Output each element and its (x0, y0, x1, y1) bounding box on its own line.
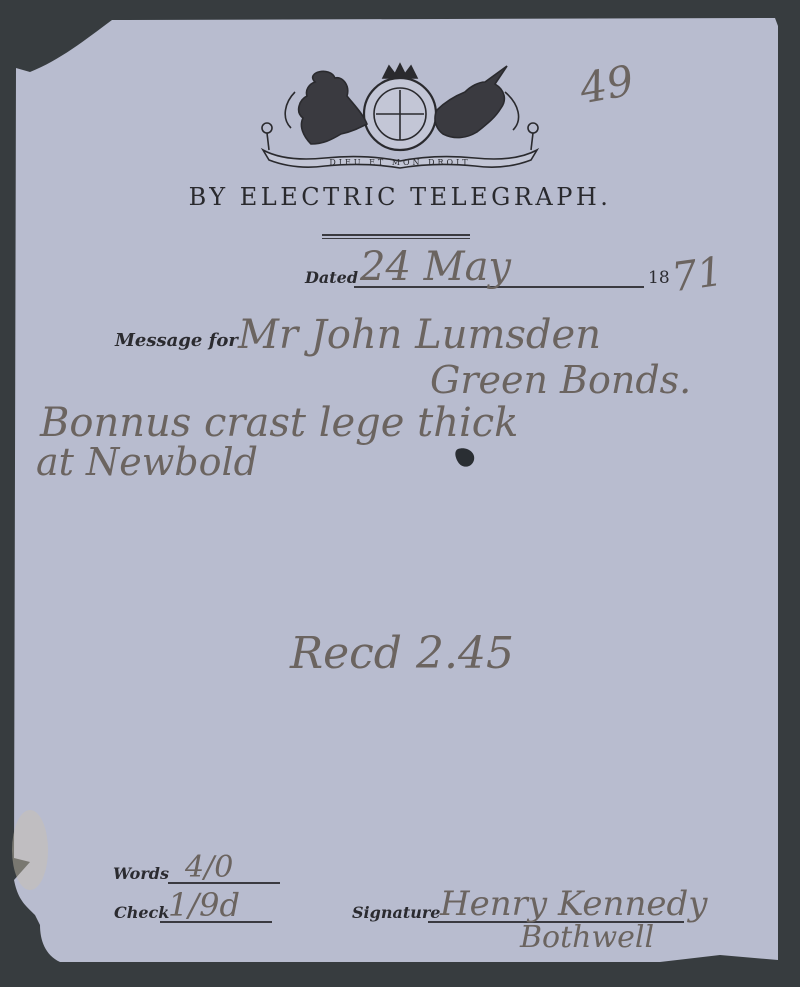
dated-value[interactable]: 24 May (360, 244, 511, 290)
received-time[interactable]: Recd 2.45 (290, 628, 514, 679)
signature-place[interactable]: Bothwell (520, 920, 654, 955)
recipient-name[interactable]: Mr John Lumsden (238, 312, 601, 358)
year-prefix: 18 (648, 268, 670, 288)
recipient-address[interactable]: Green Bonds. (430, 358, 691, 402)
check-label: Check (114, 903, 169, 922)
signature-name[interactable]: Henry Kennedy (440, 884, 707, 924)
form-heading: BY ELECTRIC TELEGRAPH. (0, 183, 800, 211)
svg-text:DIEU ET MON DROIT: DIEU ET MON DROIT (329, 158, 470, 167)
message-for-label: Message for (115, 330, 238, 351)
heading-double-rule-bottom (322, 238, 470, 239)
words-value[interactable]: 4/0 (185, 850, 233, 885)
signature-label: Signature (352, 903, 440, 922)
words-label: Words (113, 864, 169, 883)
message-line-2[interactable]: at Newbold (36, 440, 258, 484)
royal-crest-icon: DIEU ET MON DROIT (255, 62, 545, 170)
corner-number: 49 (576, 56, 637, 114)
year-suffix[interactable]: 71 (669, 249, 726, 302)
heading-double-rule-top (322, 234, 470, 236)
telegram-paper: 49 DIE (0, 0, 800, 987)
check-value[interactable]: 1/9d (168, 886, 240, 924)
dated-label: Dated (305, 268, 358, 287)
